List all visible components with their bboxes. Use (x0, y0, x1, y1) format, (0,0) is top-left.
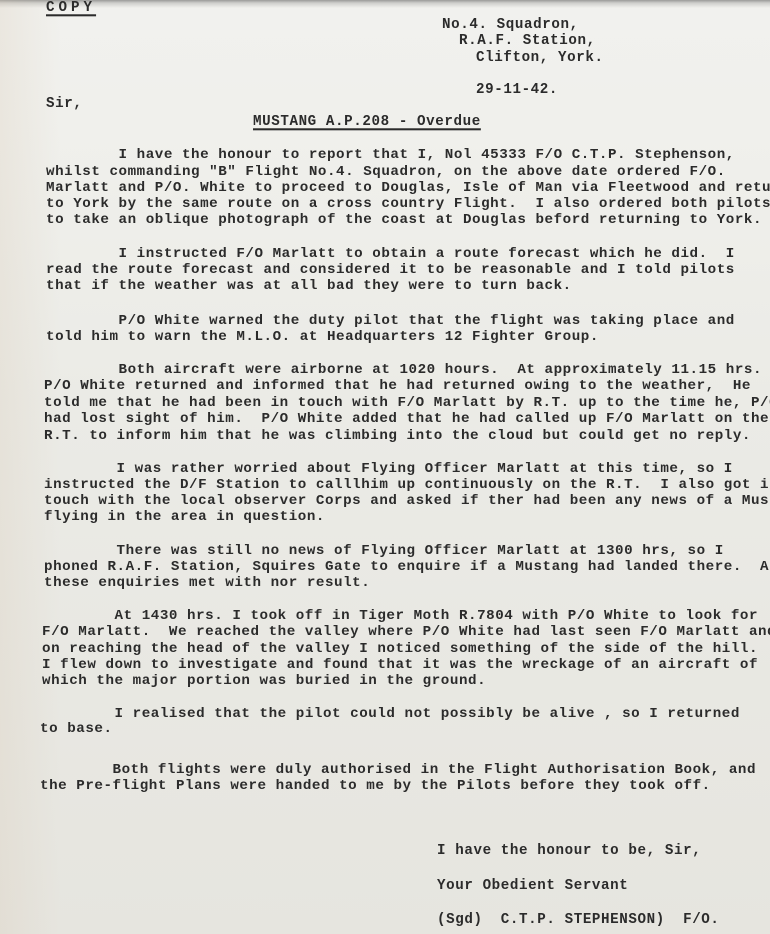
body-line: read the route forecast and considered i… (46, 262, 735, 279)
body-line: that if the weather was at all bad they … (46, 278, 572, 295)
body-line: I have the honour to report that I, Nol … (46, 147, 735, 164)
body-line: told him to warn the M.L.O. at Headquart… (46, 329, 599, 346)
body-line: There was still no news of Flying Office… (44, 543, 724, 560)
address-line: R.A.F. Station, (459, 33, 596, 50)
body-line: flying in the area in question. (44, 509, 325, 526)
document-page: COPY No.4. Squadron, R.A.F. Station, Cli… (0, 0, 770, 934)
body-line: to York by the same route on a cross cou… (46, 196, 770, 213)
copy-mark: COPY (46, 0, 96, 17)
body-line: these enquiries met with nor result. (44, 575, 370, 592)
body-line: P/O White warned the duty pilot that the… (46, 313, 735, 330)
body-line: instructed the D/F Station to calllhim u… (44, 477, 770, 494)
body-line: R.T. to inform him that he was climbing … (44, 428, 751, 445)
body-line: phoned R.A.F. Station, Squires Gate to e… (44, 559, 770, 576)
body-line: told me that he had been in touch with F… (44, 395, 770, 412)
body-line: Both aircraft were airborne at 1020 hour… (46, 362, 762, 379)
body-line: P/O White returned and informed that he … (44, 378, 751, 395)
body-line: I instructed F/O Marlatt to obtain a rou… (46, 246, 735, 263)
closing-line: I have the honour to be, Sir, (437, 843, 701, 860)
body-line: I flew down to investigate and found tha… (42, 657, 758, 674)
address-line: Clifton, York. (476, 50, 604, 67)
body-line: Marlatt and P/O. White to proceed to Dou… (46, 180, 770, 197)
subject-line: MUSTANG A.P.208 - Overdue (253, 114, 481, 131)
body-line: to base. (40, 721, 113, 738)
body-line: had lost sight of him. P/O White added t… (44, 411, 769, 428)
body-line: the Pre-flight Plans were handed to me b… (40, 778, 711, 795)
body-line: At 1430 hrs. I took off in Tiger Moth R.… (42, 608, 758, 625)
body-line: which the major portion was buried in th… (42, 673, 486, 690)
body-line: F/O Marlatt. We reached the valley where… (42, 624, 770, 641)
letter-date: 29-11-42. (476, 82, 558, 99)
body-line: touch with the local observer Corps and … (44, 493, 770, 510)
body-line: whilst commanding "B" Flight No.4. Squad… (46, 164, 726, 181)
body-line: to take an oblique photograph of the coa… (46, 212, 762, 229)
address-line: No.4. Squadron, (442, 17, 579, 34)
signature-line: (Sgd) C.T.P. STEPHENSON) F/O. (437, 912, 720, 929)
closing-line: Your Obedient Servant (437, 878, 628, 895)
body-line: I was rather worried about Flying Office… (44, 461, 733, 478)
body-line: Both flights were duly authorised in the… (40, 762, 756, 779)
body-line: I realised that the pilot could not poss… (42, 706, 740, 723)
salutation: Sir, (46, 96, 82, 113)
body-line: on reaching the head of the valley I not… (42, 641, 758, 658)
